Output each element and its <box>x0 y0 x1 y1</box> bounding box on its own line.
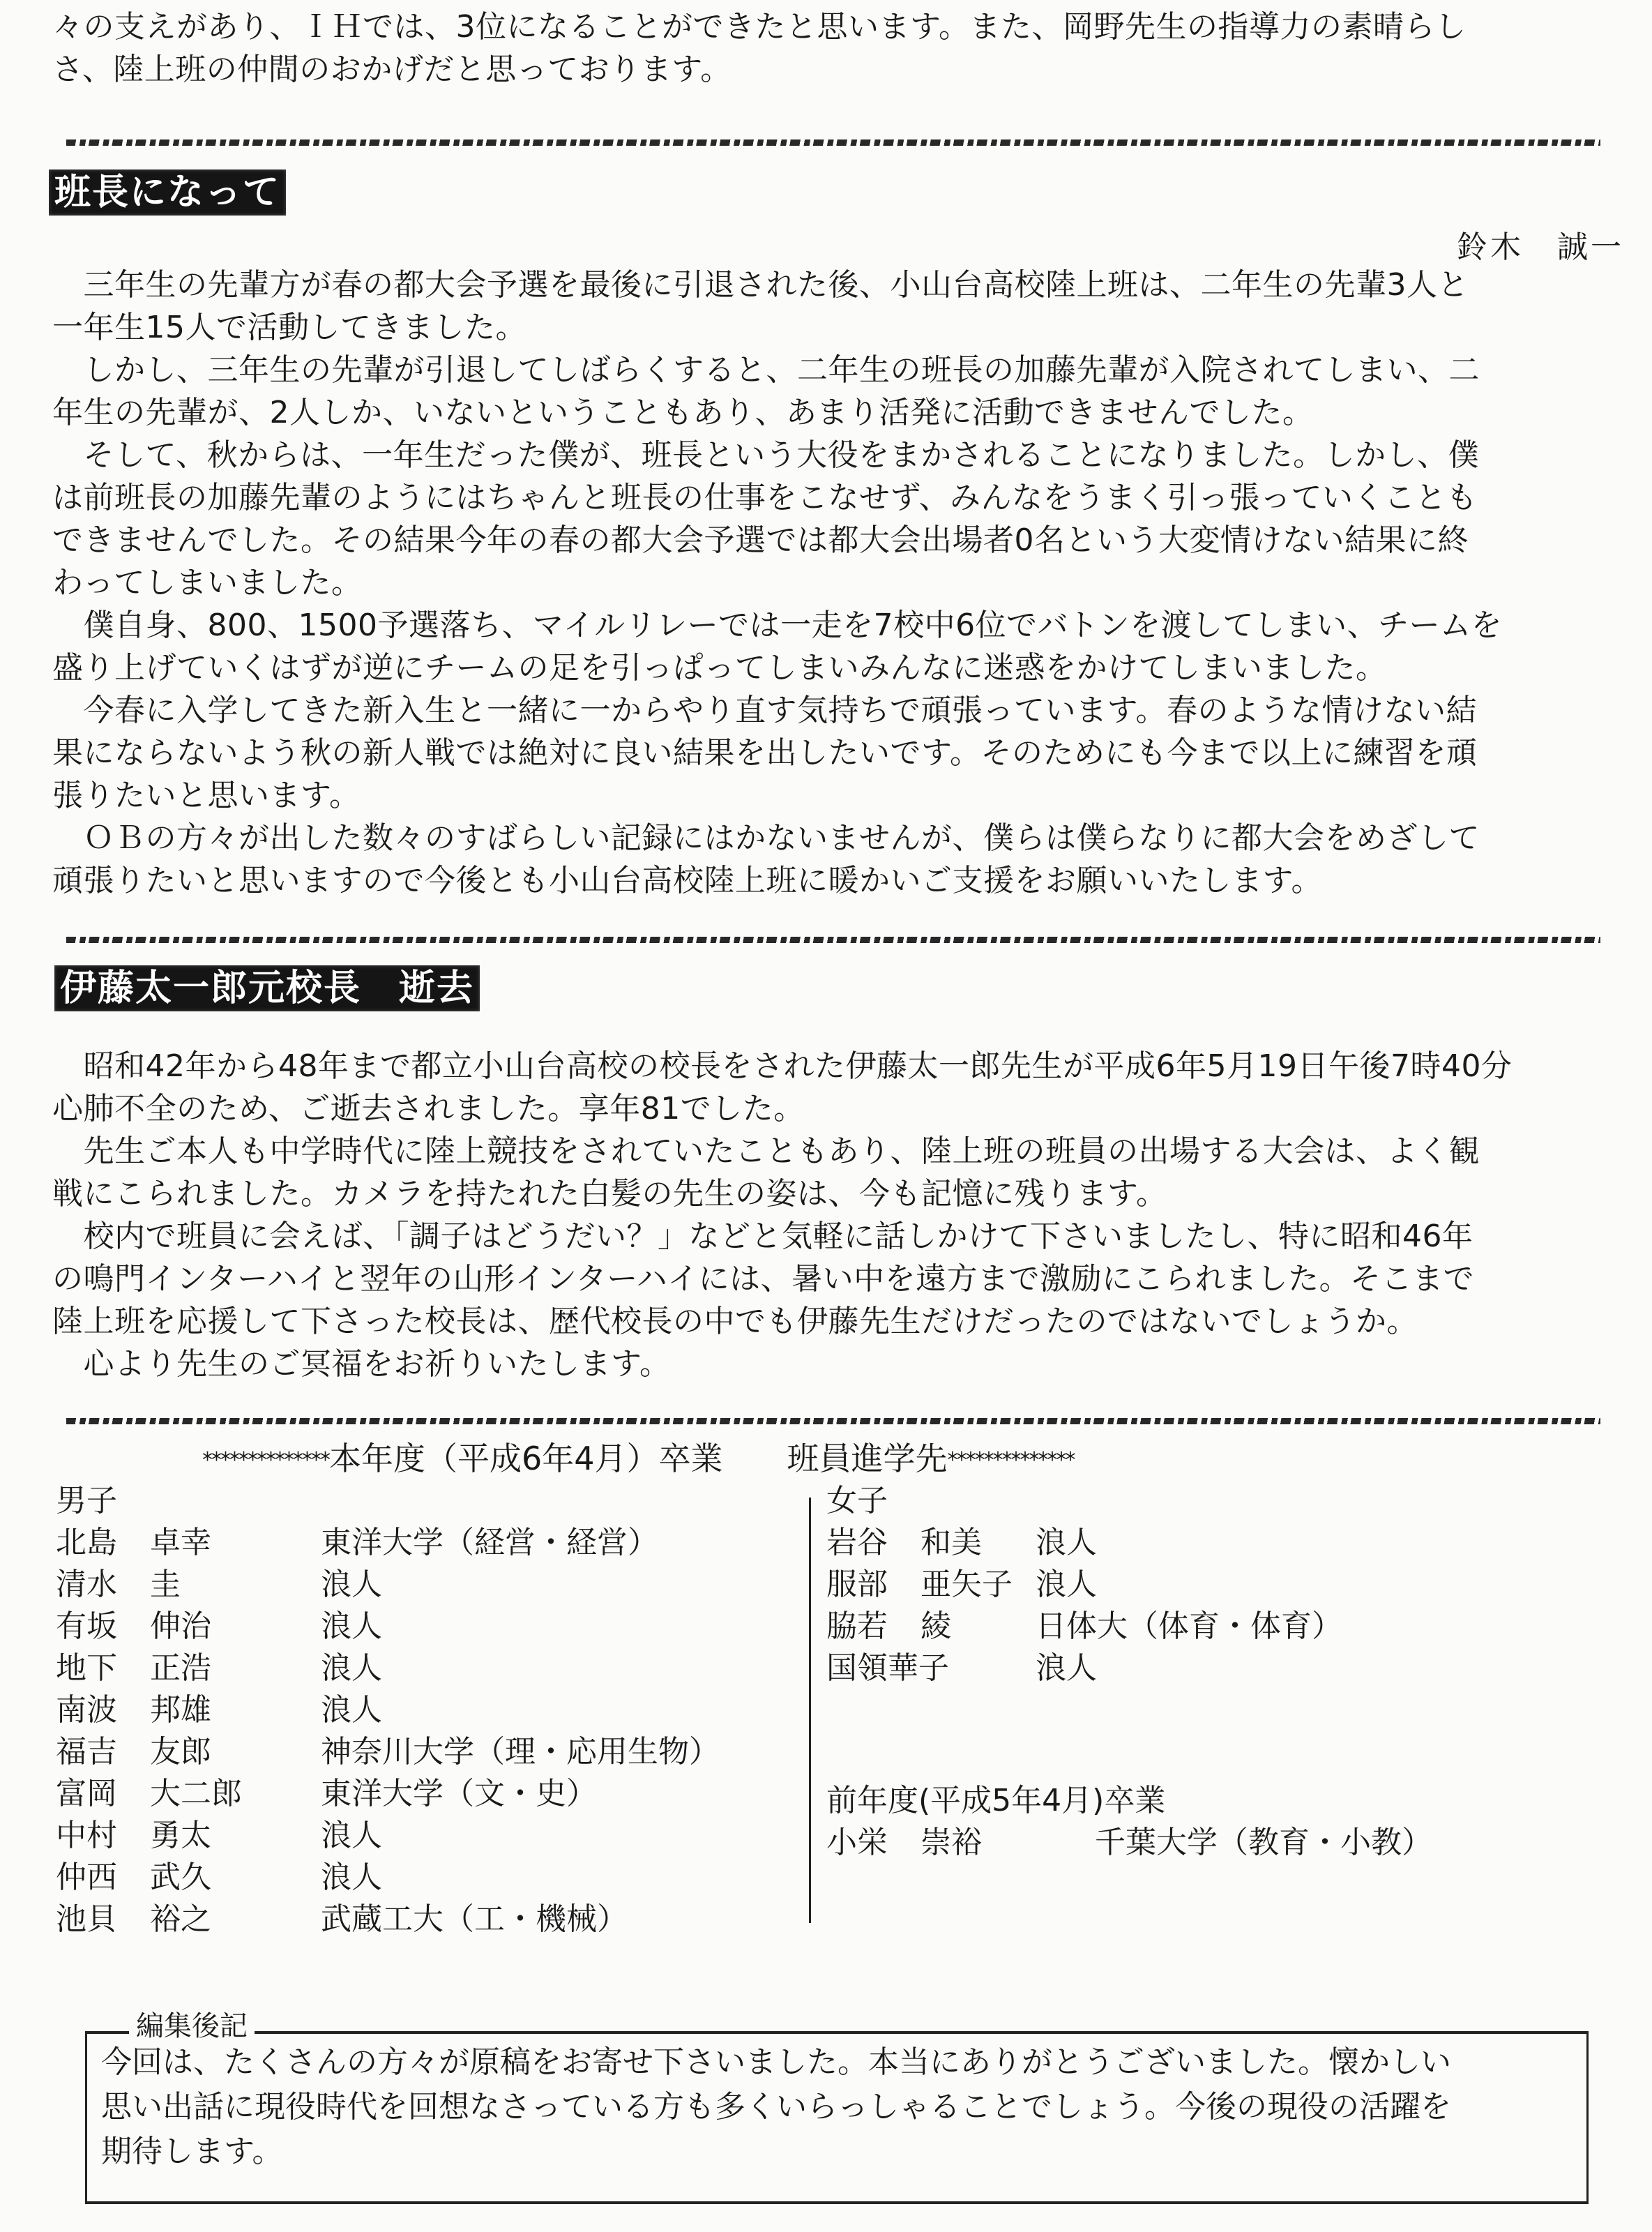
list-label: 女子 <box>826 1480 1342 1522</box>
surname: 福吉 <box>56 1731 150 1773</box>
surname: 池貝 <box>56 1899 150 1940</box>
text-line: 心肺不全のため、ご逝去されました。享年81でした。 <box>52 1087 1512 1130</box>
text-line: 々の支えがあり、ＩＨでは、3位になることができたと思います。また、岡野先生の指導… <box>52 6 1466 48</box>
text-line: 僕自身、800、1500予選落ち、マイルリレーでは一走を7校中6位でバトンを渡し… <box>52 604 1502 647</box>
text-line: 校内で班員に会えば、「調子はどうだい？」などと気軽に話しかけて下さいましたし、特… <box>52 1215 1512 1258</box>
list-item: 国領華子浪人 <box>826 1647 1342 1689</box>
list-item: 清水圭浪人 <box>56 1564 720 1606</box>
list-item: 地下正浩浪人 <box>56 1647 720 1689</box>
surname: 南波 <box>56 1689 150 1731</box>
destination: 浪人 <box>321 1606 382 1647</box>
text-line: 陸上班を応援して下さった校長は、歴代校長の中でも伊藤先生だけだったのではないでし… <box>52 1300 1512 1343</box>
text-line: 戦にこられました。カメラを持たれた白髪の先生の姿は、今も記憶に残ります。 <box>52 1172 1512 1215</box>
given-name: 大二郎 <box>150 1773 321 1815</box>
column-divider <box>809 1498 811 1923</box>
text-line: 一年生15人で活動してきました。 <box>52 306 1502 349</box>
list-item: 中村勇太浪人 <box>56 1815 720 1857</box>
previous-year-list: 前年度(平成5年4月)卒業 小栄崇裕千葉大学（教育・小教） <box>826 1780 1432 1864</box>
text-line: 果にならないよう秋の新人戦では絶対に良い結果を出したいです。そのためにも今まで以… <box>52 732 1502 774</box>
destination: 日体大（体育・体育） <box>1036 1606 1342 1647</box>
surname: 富岡 <box>56 1773 150 1815</box>
destination: 浪人 <box>1036 1522 1097 1564</box>
text-line: 思い出話に現役時代を回想なさっている方も多くいらっしゃることでしょう。今後の現役… <box>101 2085 1451 2129</box>
text-line: さ、陸上班の仲間のおかげだと思っております。 <box>52 48 1466 91</box>
given-name: 卓幸 <box>150 1522 321 1564</box>
surname: 仲西 <box>56 1857 150 1899</box>
text-line: わってしまいました。 <box>52 561 1502 604</box>
text-line: ＯＢの方々が出した数々のすばらしい記録にはかないませんが、僕らは僕らなりに都大会… <box>52 817 1502 859</box>
text-line: は前班長の加藤先輩のようにはちゃんと班長の仕事をこなせず、みんなをうまく引っ張っ… <box>52 476 1502 519</box>
list-item: 仲西武久浪人 <box>56 1857 720 1899</box>
surname: 有坂 <box>56 1606 150 1647</box>
text-line: そして、秋からは、一年生だった僕が、班長という大役をまかされることになりました。… <box>52 434 1502 476</box>
author-name: 鈴木 誠一 <box>1457 222 1624 266</box>
section-heading-becoming-captain: 班長になって <box>49 169 286 216</box>
girls-label: 女子 <box>826 1480 888 1522</box>
article-body-obituary: 昭和42年から48年まで都立小山台高校の校長をされた伊藤太一郎先生が平成6年5月… <box>52 1045 1512 1385</box>
destination: 武蔵工大（工・機械） <box>321 1899 628 1940</box>
given-name: 亜矢子 <box>920 1564 1036 1606</box>
graduates-title: 本年度（平成6年4月）卒業 班員進学先 <box>329 1440 948 1477</box>
text-line: 先生ご本人も中学時代に陸上競技をされていたこともあり、陸上班の班員の出場する大会… <box>52 1130 1512 1172</box>
surname: 地下 <box>56 1647 150 1689</box>
text-line: 三年生の先輩方が春の都大会予選を最後に引退された後、小山台高校陸上班は、二年生の… <box>52 264 1502 306</box>
list-item: 富岡大二郎東洋大学（文・史） <box>56 1773 720 1815</box>
destination: 神奈川大学（理・応用生物） <box>321 1731 720 1773</box>
destination: 浪人 <box>1036 1564 1097 1606</box>
list-item: 服部亜矢子浪人 <box>826 1564 1342 1606</box>
text-line: 今春に入学してきた新入生と一緒に一からやり直す気持ちで頑張っています。春のような… <box>52 689 1502 732</box>
list-label: 前年度(平成5年4月)卒業 <box>826 1780 1432 1822</box>
editor-note-label: 編集後記 <box>129 2009 255 2044</box>
text-line: 今回は、たくさんの方々が原稿をお寄せ下さいました。本当にありがとうございました。… <box>101 2040 1451 2085</box>
text-line: 張りたいと思います。 <box>52 774 1502 817</box>
previous-year-label: 前年度(平成5年4月)卒業 <box>826 1780 1165 1822</box>
text-line: 盛り上げていくはずが逆にチームの足を引っぱってしまいみんなに迷惑をかけてしまいま… <box>52 647 1502 689</box>
text-line: できませんでした。その結果今年の春の都大会予選では都大会出場者0名という大変情け… <box>52 519 1502 561</box>
dashed-divider <box>66 139 1600 146</box>
list-item: 有坂伸治浪人 <box>56 1606 720 1647</box>
surname: 岩谷 <box>826 1522 920 1564</box>
given-name: 崇裕 <box>920 1822 1095 1864</box>
surname: 服部 <box>826 1564 920 1606</box>
destination: 浪人 <box>321 1647 382 1689</box>
surname: 小栄 <box>826 1822 920 1864</box>
given-name: 伸治 <box>150 1606 321 1647</box>
destination: 浪人 <box>321 1689 382 1731</box>
given-name: 圭 <box>150 1564 321 1606</box>
text-line: 頑張りたいと思いますので今後とも小山台高校陸上班に暖かいご支援をお願いいたします… <box>52 859 1502 902</box>
list-item: 福吉友郎神奈川大学（理・応用生物） <box>56 1731 720 1773</box>
list-label: 男子 <box>56 1480 720 1522</box>
given-name: 友郎 <box>150 1731 321 1773</box>
graduates-heading: **************本年度（平成6年4月）卒業 班員進学先*******… <box>202 1433 1075 1479</box>
dashed-divider <box>66 937 1600 943</box>
intro-paragraph: 々の支えがあり、ＩＨでは、3位になることができたと思います。また、岡野先生の指導… <box>52 6 1466 91</box>
given-name: 正浩 <box>150 1647 321 1689</box>
destination: 浪人 <box>321 1564 382 1606</box>
destination: 東洋大学（経営・経営） <box>321 1522 658 1564</box>
given-name: 武久 <box>150 1857 321 1899</box>
list-item: 南波邦雄浪人 <box>56 1689 720 1731</box>
star-decoration: ************** <box>948 1448 1075 1472</box>
destination: 千葉大学（教育・小教） <box>1095 1822 1432 1864</box>
article-body-captain: 三年生の先輩方が春の都大会予選を最後に引退された後、小山台高校陸上班は、二年生の… <box>52 264 1502 902</box>
boys-label: 男子 <box>56 1480 117 1522</box>
list-item: 小栄崇裕千葉大学（教育・小教） <box>826 1822 1432 1864</box>
text-line: の鳴門インターハイと翌年の山形インターハイには、暑い中を遠方まで激励にこられまし… <box>52 1258 1512 1300</box>
destination: 浪人 <box>321 1857 382 1899</box>
star-decoration: ************** <box>202 1448 329 1472</box>
full-name: 国領華子 <box>826 1647 1036 1689</box>
given-name: 和美 <box>920 1522 1036 1564</box>
surname: 脇若 <box>826 1606 920 1647</box>
destination: 浪人 <box>1036 1647 1097 1689</box>
list-item: 脇若綾日体大（体育・体育） <box>826 1606 1342 1647</box>
surname: 中村 <box>56 1815 150 1857</box>
given-name: 勇太 <box>150 1815 321 1857</box>
text-line: 年生の先輩が、2人しか、いないということもあり、あまり活発に活動できませんでした… <box>52 391 1502 434</box>
newsletter-page: 々の支えがあり、ＩＨでは、3位になることができたと思います。また、岡野先生の指導… <box>0 0 1652 2232</box>
list-item: 北島卓幸東洋大学（経営・経営） <box>56 1522 720 1564</box>
section-heading-obituary: 伊藤太一郎元校長 逝去 <box>54 965 480 1011</box>
surname: 清水 <box>56 1564 150 1606</box>
surname: 北島 <box>56 1522 150 1564</box>
text-line: 心より先生のご冥福をお祈りいたします。 <box>52 1343 1512 1385</box>
editor-note-text: 今回は、たくさんの方々が原稿をお寄せ下さいました。本当にありがとうございました。… <box>101 2040 1451 2174</box>
given-name: 綾 <box>920 1606 1036 1647</box>
destination: 東洋大学（文・史） <box>321 1773 597 1815</box>
list-item: 池貝裕之武蔵工大（工・機械） <box>56 1899 720 1940</box>
list-item: 岩谷和美浪人 <box>826 1522 1342 1564</box>
text-line: 昭和42年から48年まで都立小山台高校の校長をされた伊藤太一郎先生が平成6年5月… <box>52 1045 1512 1087</box>
given-name: 邦雄 <box>150 1689 321 1731</box>
text-line: 期待します。 <box>101 2129 1451 2174</box>
destination: 浪人 <box>321 1815 382 1857</box>
girls-list: 女子 岩谷和美浪人 服部亜矢子浪人 脇若綾日体大（体育・体育） 国領華子浪人 <box>826 1480 1342 1689</box>
text-line: しかし、三年生の先輩が引退してしばらくすると、二年生の班長の加藤先輩が入院されて… <box>52 349 1502 391</box>
dashed-divider <box>66 1418 1600 1424</box>
given-name: 裕之 <box>150 1899 321 1940</box>
boys-list: 男子 北島卓幸東洋大学（経営・経営） 清水圭浪人 有坂伸治浪人 地下正浩浪人 南… <box>56 1480 720 1940</box>
